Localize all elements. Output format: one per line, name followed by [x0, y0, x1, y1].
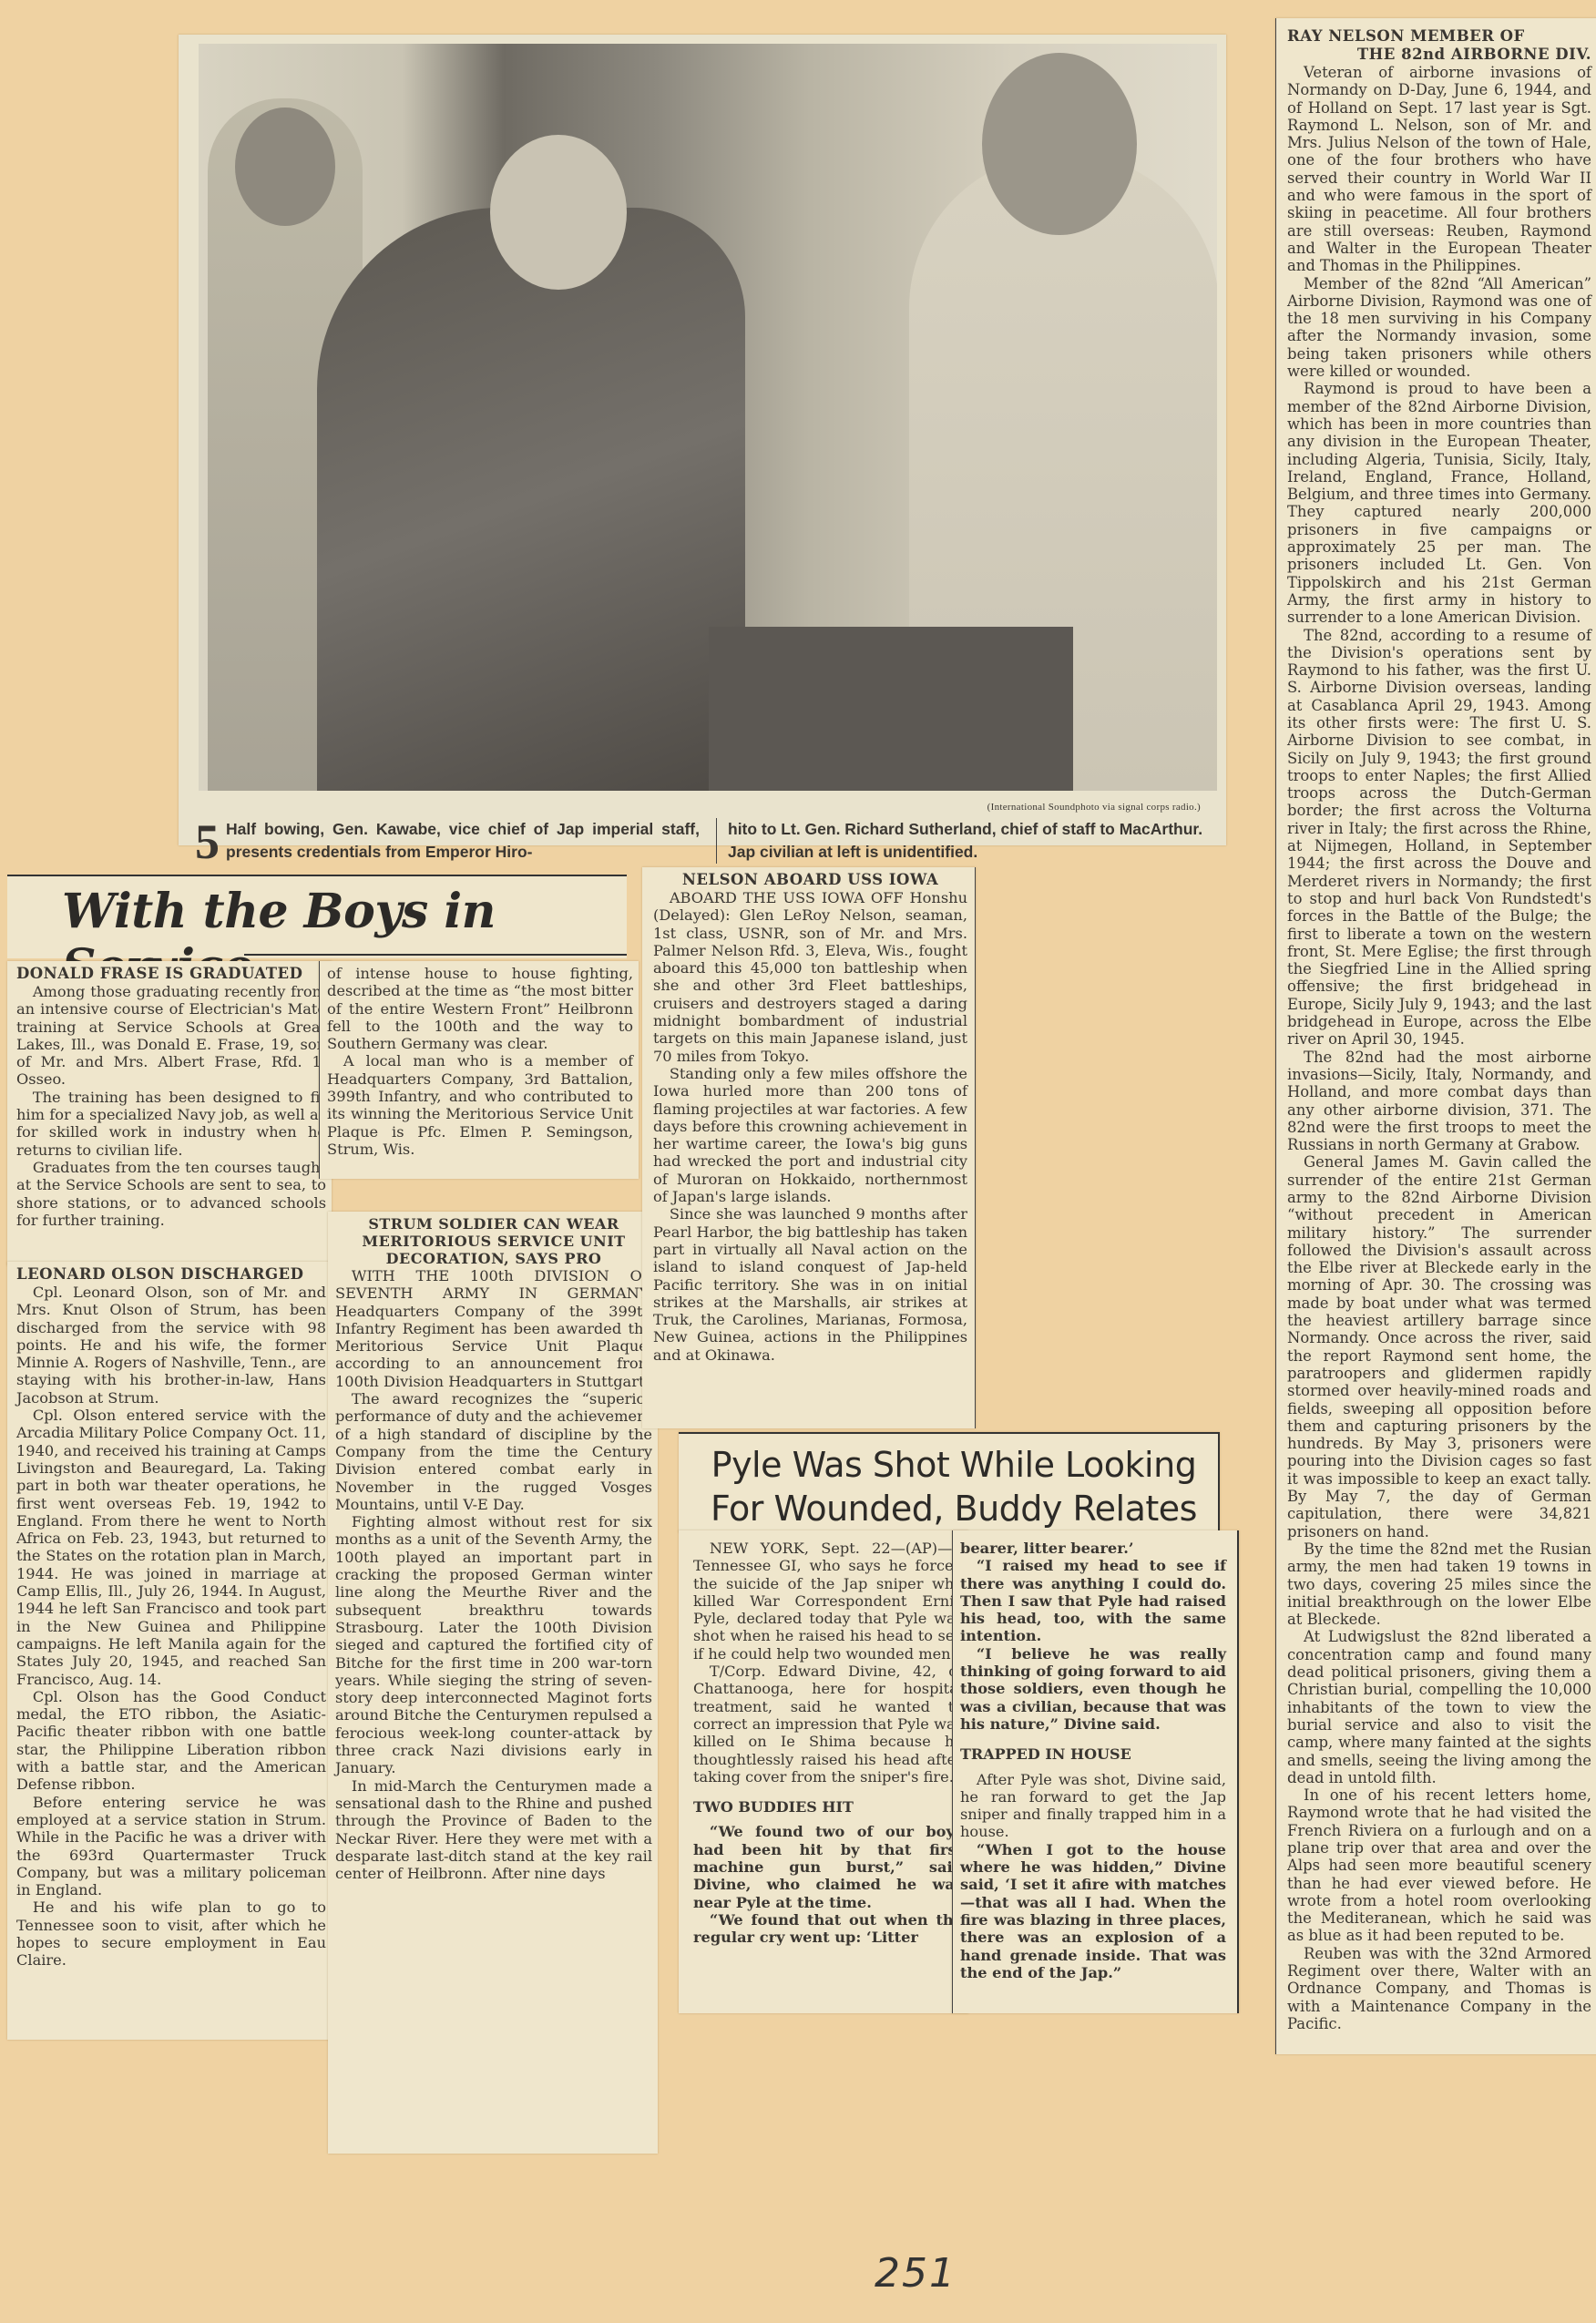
- paragraph: Standing only a few miles offshore the I…: [653, 1065, 967, 1205]
- paragraph: Cpl. Olson has the Good Conduct medal, t…: [16, 1688, 326, 1794]
- paragraph: General James M. Gavin called the surren…: [1287, 1153, 1591, 1540]
- figure-sutherland-head: [982, 53, 1137, 235]
- paragraph: At Ludwigslust the 82nd liberated a conc…: [1287, 1628, 1591, 1786]
- paragraph: “When I got to the house where he was hi…: [960, 1841, 1226, 1981]
- figure-kawabe: [317, 208, 745, 791]
- paragraph: The award recognizes the “superior perfo…: [335, 1390, 652, 1513]
- article-strum-soldier: STRUM SOLDIER CAN WEAR MERITORIOUS SERVI…: [328, 1212, 658, 2154]
- article-headline-line-2: THE 82nd AIRBORNE DIV.: [1287, 46, 1591, 64]
- section-title-boys-in-service: With the Boys in Service: [7, 875, 627, 958]
- photo-number: 5: [195, 820, 220, 864]
- article-headline: LEONARD OLSON DISCHARGED: [16, 1265, 326, 1284]
- article-frase: DONALD FRASE IS GRADUATED Among those gr…: [7, 961, 332, 1265]
- paragraph: of intense house to house fighting, desc…: [327, 965, 633, 1052]
- article-ray-nelson: RAY NELSON MEMBER OF THE 82nd AIRBORNE D…: [1275, 18, 1596, 2054]
- paragraph: The training has been designed to fit hi…: [16, 1089, 326, 1159]
- paragraph: In mid-March the Centurymen made a sensa…: [335, 1777, 652, 1883]
- paragraph: Among those graduating recently from an …: [16, 983, 326, 1089]
- article-uss-iowa: NELSON ABOARD USS IOWA ABOARD THE USS IO…: [642, 867, 976, 1428]
- paragraph: Veteran of airborne invasions of Normand…: [1287, 64, 1591, 275]
- paragraph: After Pyle was shot, Divine said, he ran…: [960, 1771, 1226, 1841]
- photo-clipping: (International Soundphoto via signal cor…: [179, 35, 1226, 845]
- paragraph: Cpl. Olson entered service with the Arca…: [16, 1407, 326, 1688]
- article-olson: LEONARD OLSON DISCHARGED Cpl. Leonard Ol…: [7, 1262, 332, 2040]
- article-headline: NELSON ABOARD USS IOWA: [653, 871, 967, 889]
- paragraph: Member of the 82nd “All American” Airbor…: [1287, 275, 1591, 381]
- figure-civilian-head: [235, 107, 335, 226]
- article-continuation-heilbronn: of intense house to house fighting, desc…: [319, 961, 639, 1179]
- paragraph: T/Corp. Edward Divine, 42, of Chattanoog…: [693, 1663, 963, 1786]
- paragraph: “We found two of our boys had been hit b…: [693, 1823, 963, 1910]
- photo-caption-right: hito to Lt. Gen. Richard Sutherland, chi…: [716, 818, 1220, 864]
- paragraph: The 82nd, according to a resume of the D…: [1287, 627, 1591, 1049]
- article-headline-line-1: STRUM SOLDIER CAN WEAR: [335, 1215, 652, 1233]
- photo-caption-left: Half bowing, Gen. Kawabe, vice chief of …: [226, 818, 700, 864]
- photo-credit: (International Soundphoto via signal cor…: [987, 802, 1201, 813]
- article-pyle-headline: Pyle Was Shot While Looking For Wounded,…: [679, 1432, 1220, 1532]
- paragraph: Before entering service he was employed …: [16, 1794, 326, 1899]
- paragraph: WITH THE 100th DIVISION OF SEVENTH ARMY …: [335, 1267, 652, 1390]
- figure-kawabe-head: [490, 135, 627, 290]
- title-rule: [244, 954, 627, 956]
- article-pyle-left-column: NEW YORK, Sept. 22—(AP)—A Tennessee GI, …: [679, 1530, 968, 2013]
- paragraph: He and his wife plan to go to Tennessee …: [16, 1898, 326, 1969]
- article-headline-line-2: MERITORIOUS SERVICE UNIT: [335, 1233, 652, 1250]
- article-headline-line-1: RAY NELSON MEMBER OF: [1287, 27, 1591, 46]
- subheading: TWO BUDDIES HIT: [693, 1798, 963, 1816]
- article-headline-line-3: DECORATION, SAYS PRO: [335, 1250, 652, 1267]
- paragraph: Graduates from the ten courses taught at…: [16, 1159, 326, 1229]
- paragraph: Cpl. Leonard Olson, son of Mr. and Mrs. …: [16, 1284, 326, 1407]
- paragraph: The 82nd had the most airborne invasions…: [1287, 1049, 1591, 1154]
- headline-line-1: Pyle Was Shot While Looking: [699, 1443, 1209, 1487]
- paragraph: A local man who is a member of Headquart…: [327, 1052, 633, 1158]
- paragraph: ABOARD THE USS IOWA OFF Honshu (Delayed)…: [653, 889, 967, 1065]
- subheading: TRAPPED IN HOUSE: [960, 1745, 1226, 1763]
- paragraph: By the time the 82nd met the Rusian army…: [1287, 1540, 1591, 1628]
- paragraph: NEW YORK, Sept. 22—(AP)—A Tennessee GI, …: [693, 1540, 963, 1663]
- article-headline: DONALD FRASE IS GRADUATED: [16, 965, 326, 983]
- paragraph: “I raised my head to see if there was an…: [960, 1557, 1226, 1644]
- paragraph: Since she was launched 9 months after Pe…: [653, 1205, 967, 1364]
- table: [709, 627, 1073, 791]
- paragraph: Raymond is proud to have been a member o…: [1287, 380, 1591, 626]
- paragraph: Fighting almost without rest for six mon…: [335, 1513, 652, 1776]
- paragraph: In one of his recent letters home, Raymo…: [1287, 1786, 1591, 1945]
- headline-box: Pyle Was Shot While Looking For Wounded,…: [699, 1443, 1209, 1530]
- news-photograph: [199, 44, 1217, 791]
- article-pyle-right-column: bearer, litter bearer.’ “I raised my hea…: [952, 1530, 1239, 2013]
- paragraph: “We found that out when the regular cry …: [693, 1911, 963, 1947]
- handwritten-page-number: 251: [875, 2250, 957, 2297]
- paragraph: Reuben was with the 32nd Armored Regimen…: [1287, 1945, 1591, 2032]
- paragraph: “I believe he was really thinking of goi…: [960, 1645, 1226, 1733]
- headline-line-2: For Wounded, Buddy Relates: [699, 1487, 1209, 1530]
- paragraph: bearer, litter bearer.’: [960, 1540, 1226, 1557]
